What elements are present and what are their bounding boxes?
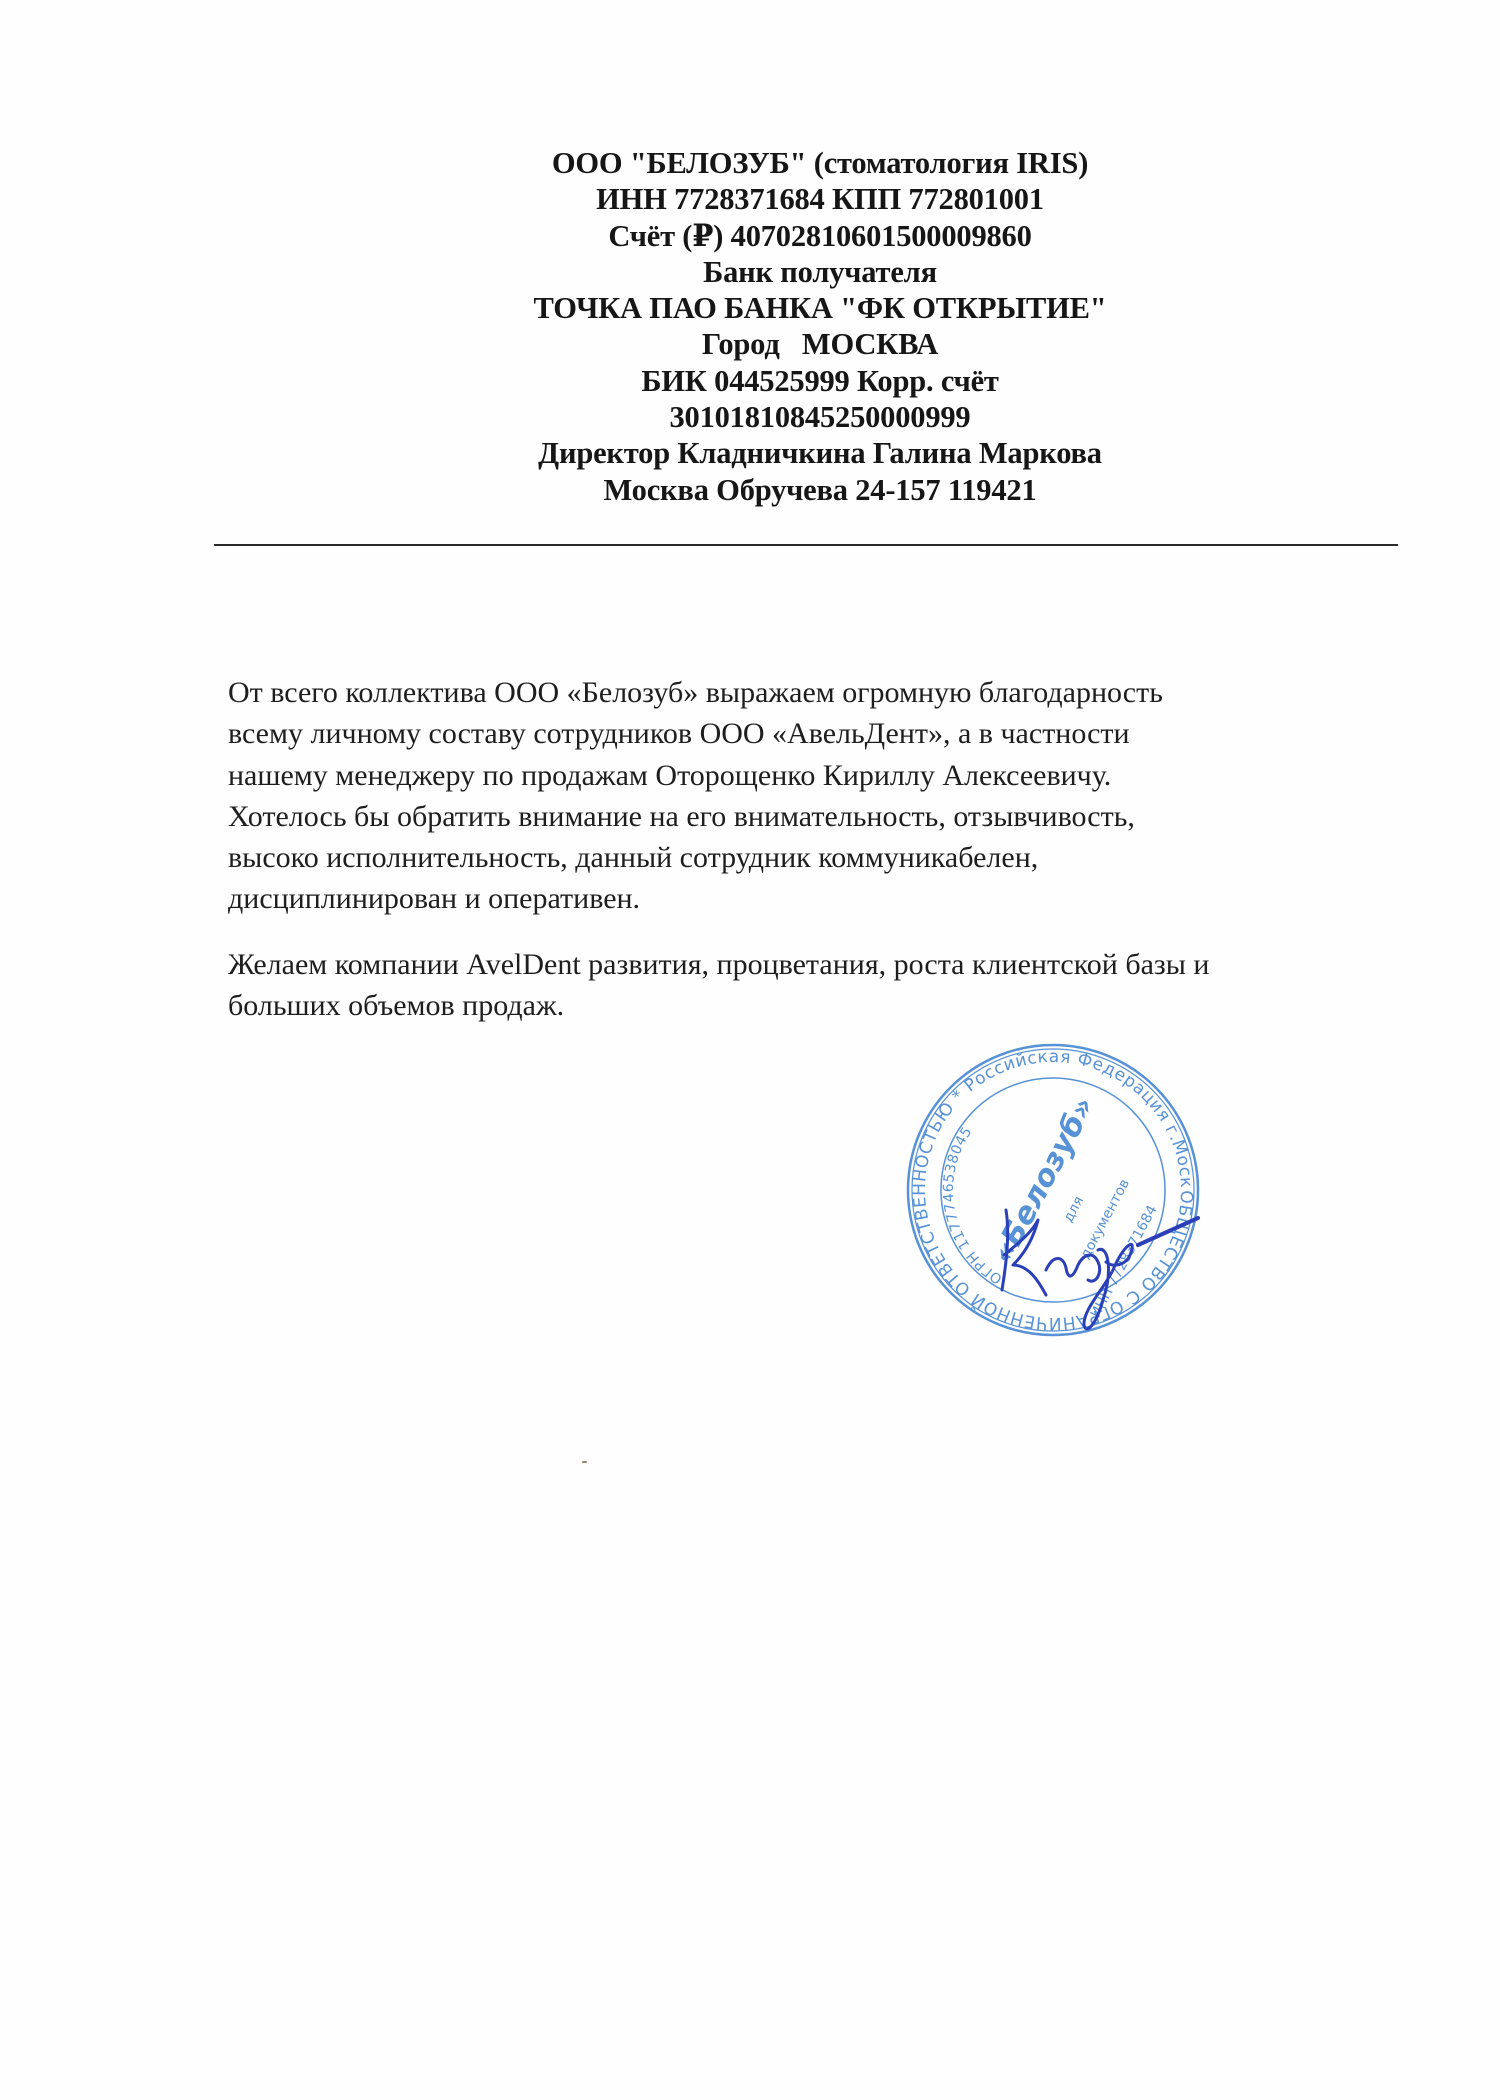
scan-artifact — [582, 1461, 587, 1463]
company-stamp: ОБЩЕСТВО С ОГРАНИЧЕННОЙ ОТВЕТСТВЕННОСТЬЮ… — [898, 1040, 1208, 1340]
paragraph-line: Хотелось бы обратить внимание на его вни… — [228, 796, 1418, 837]
letterhead-divider — [214, 544, 1398, 546]
document-page: ООО "БЕЛОЗУБ" (стоматология IRIS) ИНН 77… — [0, 0, 1500, 2100]
bik-line: БИК 044525999 Корр. счёт — [440, 363, 1200, 399]
paragraph-line: нашему менеджеру по продажам Оторощенко … — [228, 755, 1418, 796]
svg-text:для: для — [1060, 1194, 1087, 1225]
director-line: Директор Кладничкина Галина Маркова — [440, 435, 1200, 471]
letterhead: ООО "БЕЛОЗУБ" (стоматология IRIS) ИНН 77… — [440, 145, 1200, 508]
letter-body: От всего коллектива ООО «Белозуб» выража… — [228, 672, 1418, 1026]
bank-label-line: Банк получателя — [440, 254, 1200, 290]
paragraph-line: высоко исполнительность, данный сотрудни… — [228, 837, 1418, 878]
bank-name-line: ТОЧКА ПАО БАНКА "ФК ОТКРЫТИЕ" — [440, 290, 1200, 326]
paragraph-line: дисциплинирован и оперативен. — [228, 878, 1418, 919]
company-name-line: ООО "БЕЛОЗУБ" (стоматология IRIS) — [440, 145, 1200, 181]
account-line: Счёт (₽) 40702810601500009860 — [440, 218, 1200, 254]
paragraph-line: всему личному составу сотрудников ООО «А… — [228, 713, 1418, 754]
city-line: Город МОСКВА — [440, 326, 1200, 362]
address-line: Москва Обручева 24-157 119421 — [440, 472, 1200, 508]
stamp-seal-icon: ОБЩЕСТВО С ОГРАНИЧЕННОЙ ОТВЕТСТВЕННОСТЬЮ… — [898, 1040, 1208, 1340]
paragraph-line: От всего коллектива ООО «Белозуб» выража… — [228, 672, 1418, 713]
paragraph-line: больших объемов продаж. — [228, 985, 1418, 1026]
inn-kpp-line: ИНН 7728371684 КПП 772801001 — [440, 181, 1200, 217]
corr-account-line: 30101810845250000999 — [440, 399, 1200, 435]
paragraph-line: Желаем компании AvelDent развития, процв… — [228, 944, 1418, 985]
